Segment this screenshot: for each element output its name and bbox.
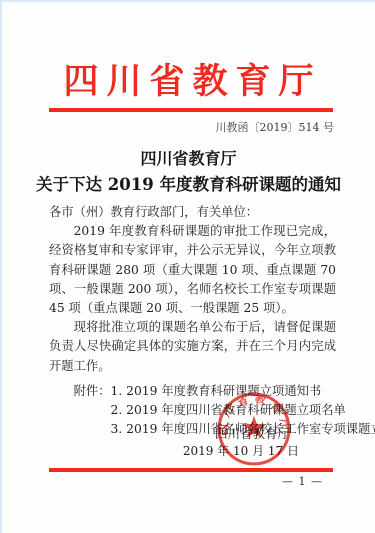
page-number: — 1 —: [282, 475, 323, 488]
letterhead-agency-name: 四川省教育厅: [2, 54, 375, 104]
footer-divider-line: [49, 468, 333, 472]
official-notice-document: 四川省教育厅 川教函〔2019〕514 号 四川省教育厅 关于下达 2019 年…: [0, 0, 375, 533]
notice-title-line2: 关于下达 2019 年度教育科研课题的通知: [2, 171, 375, 195]
official-red-seal-stamp: 四川省教育厅: [215, 390, 293, 468]
salutation: 各市（州）教育行政部门，有关单位：: [49, 203, 336, 222]
notice-title-line1: 四川省教育厅: [2, 146, 375, 169]
letterhead-divider-line: [49, 108, 333, 112]
star-icon: [242, 416, 265, 438]
attachments-label: 附件：: [49, 382, 111, 440]
document-reference-number: 川教函〔2019〕514 号: [216, 119, 335, 135]
body-paragraph: 现将批准立项的课题名单公布于后，请督促课题负责人尽快确定具体的实施方案，并在三个…: [49, 318, 336, 376]
body-paragraph: 2019 年度教育科研课题的审批工作现已完成，经资格复审和专家评审，并公示无异议…: [49, 222, 336, 318]
